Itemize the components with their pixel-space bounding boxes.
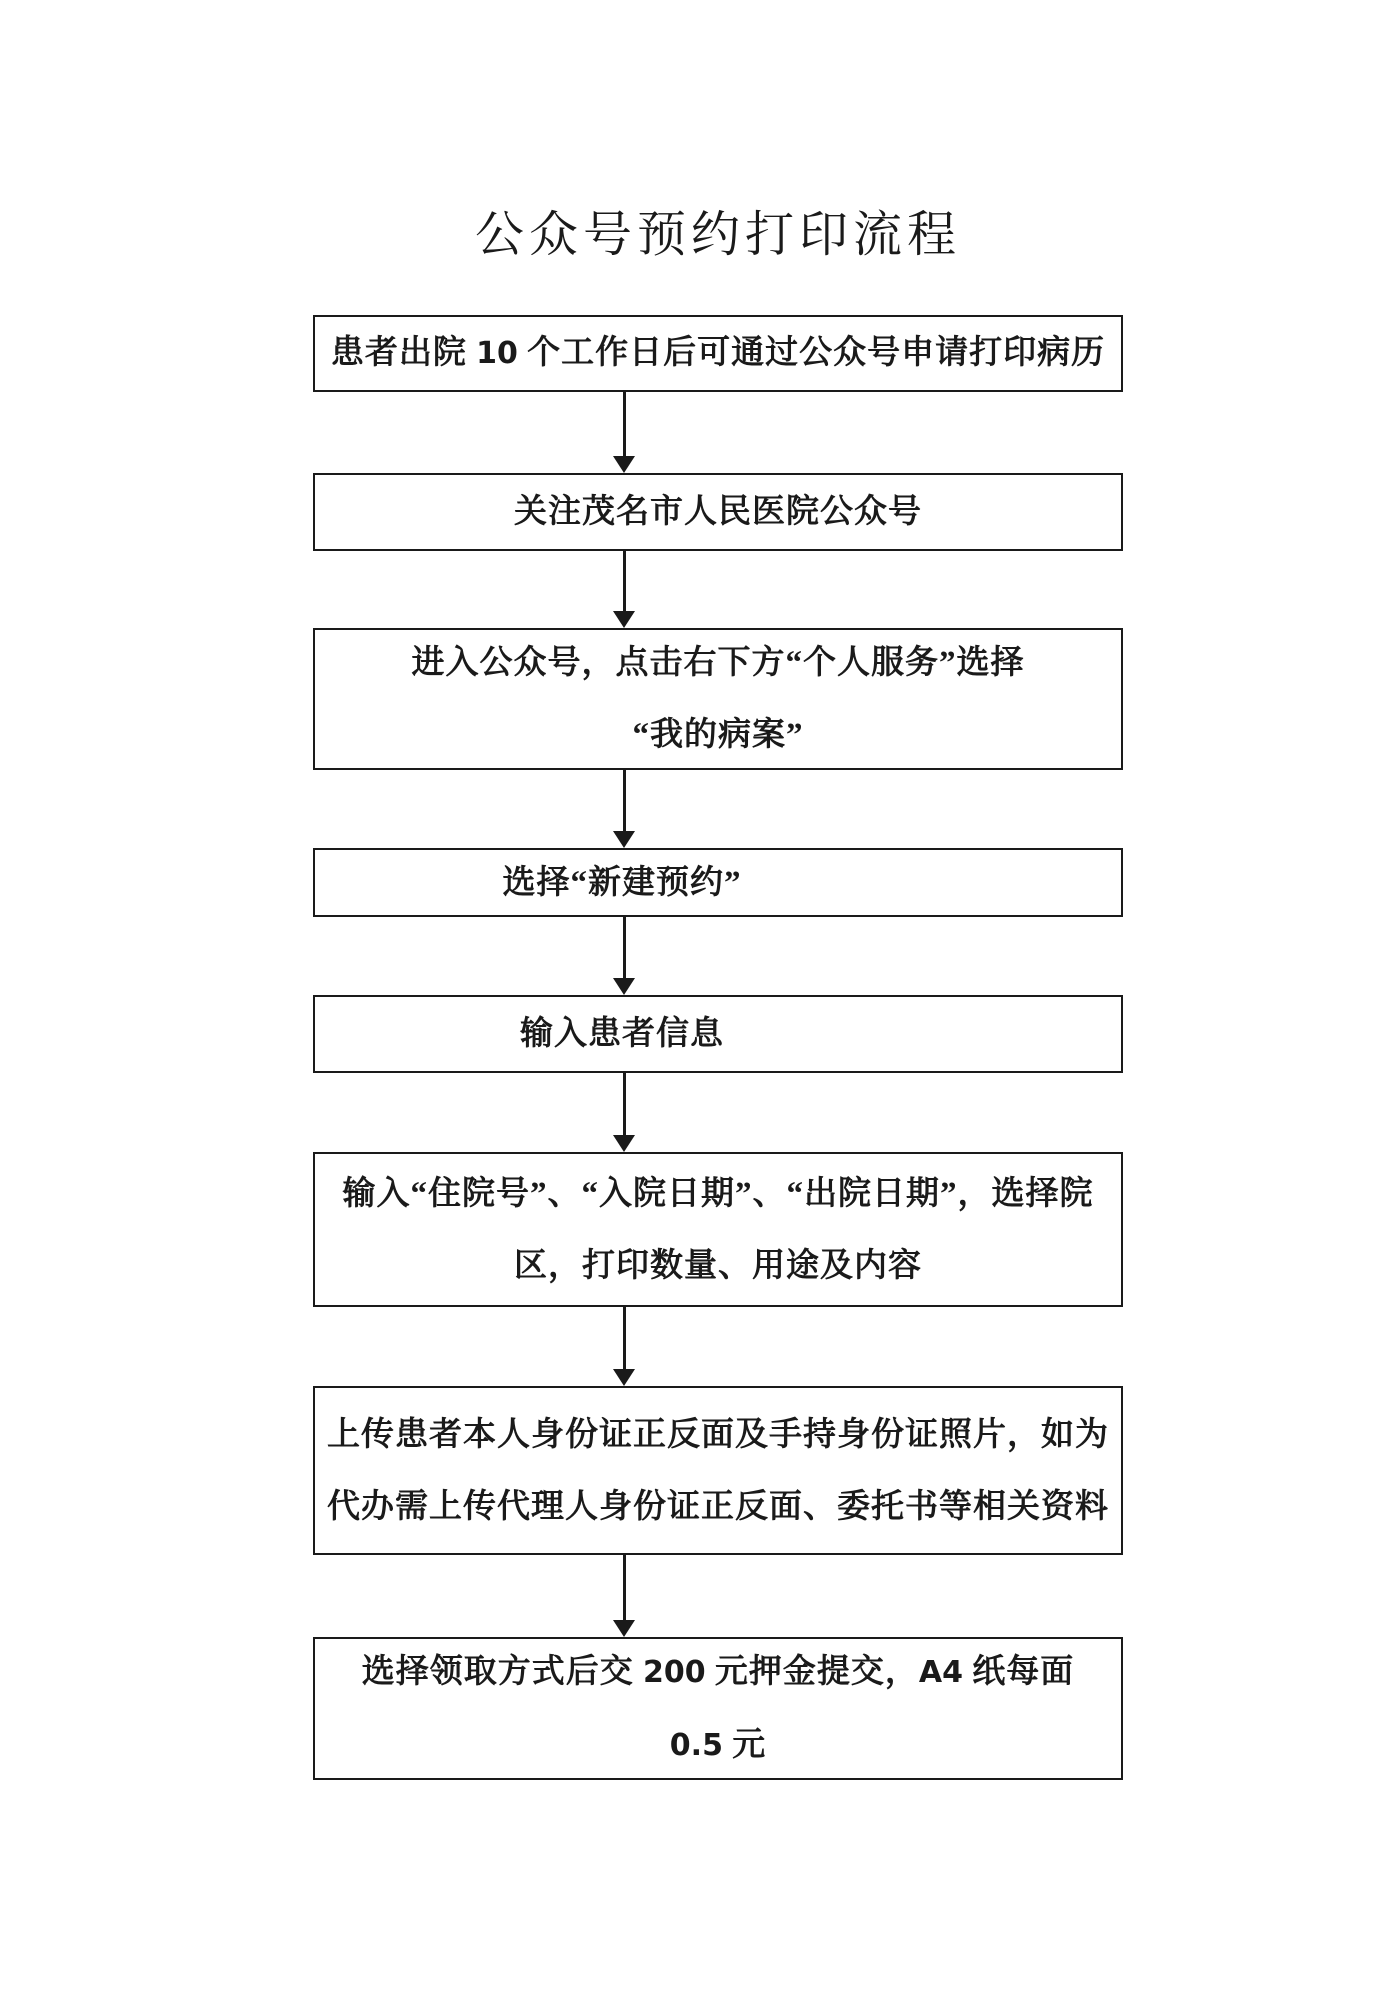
flow-step-6: 输入“住院号”、“入院日期”、“出院日期”，选择院 区，打印数量、用途及内容 <box>313 1152 1123 1307</box>
arrow-shaft <box>623 1073 626 1135</box>
arrow-head-icon <box>613 831 635 848</box>
flow-step-2: 关注茂名市人民医院公众号 <box>313 473 1123 551</box>
flow-step-4: 选择“新建预约” <box>313 848 1123 917</box>
flow-step-7: 上传患者本人身份证正反面及手持身份证照片，如为 代办需上传代理人身份证正反面、委… <box>313 1386 1123 1555</box>
step-7-text-line-2: 代办需上传代理人身份证正反面、委托书等相关资料 <box>327 1471 1109 1543</box>
arrow-head-icon <box>613 1369 635 1386</box>
arrow-head-icon <box>613 456 635 473</box>
step-2-text: 关注茂名市人民医院公众号 <box>514 476 922 548</box>
arrow-shaft <box>623 392 626 456</box>
arrow-shaft <box>623 1555 626 1620</box>
step-3-text-line-2: “我的病案” <box>633 699 804 771</box>
arrow-head-icon <box>613 1135 635 1152</box>
step-1-text: 患者出院 10 个工作日后可通过公众号申请打印病历 <box>331 317 1105 390</box>
arrow-head-icon <box>613 611 635 628</box>
step-6-text-line-2: 区，打印数量、用途及内容 <box>514 1230 922 1302</box>
step-8-text-line-1: 选择领取方式后交 200 元押金提交，A4 纸每面 <box>362 1636 1074 1709</box>
arrow-head-icon <box>613 1620 635 1637</box>
step-4-text: 选择“新建预约” <box>503 847 742 919</box>
step-8-text-line-2: 0.5 元 <box>670 1709 766 1782</box>
page-title: 公众号预约打印流程 <box>313 196 1123 266</box>
arrow-shaft <box>623 551 626 611</box>
step-7-text-line-1: 上传患者本人身份证正反面及手持身份证照片，如为 <box>327 1399 1109 1471</box>
step-6-text-line-1: 输入“住院号”、“入院日期”、“出院日期”，选择院 <box>343 1158 1094 1230</box>
arrow-shaft <box>623 770 626 831</box>
arrow-shaft <box>623 917 626 978</box>
flow-step-3: 进入公众号，点击右下方“个人服务”选择 “我的病案” <box>313 628 1123 770</box>
flow-step-8: 选择领取方式后交 200 元押金提交，A4 纸每面 0.5 元 <box>313 1637 1123 1780</box>
step-5-text: 输入患者信息 <box>520 998 724 1070</box>
arrow-head-icon <box>613 978 635 995</box>
flow-step-1: 患者出院 10 个工作日后可通过公众号申请打印病历 <box>313 315 1123 392</box>
step-3-text-line-1: 进入公众号，点击右下方“个人服务”选择 <box>412 627 1025 699</box>
arrow-shaft <box>623 1307 626 1369</box>
flow-step-5: 输入患者信息 <box>313 995 1123 1073</box>
flowchart-page: 公众号预约打印流程 患者出院 10 个工作日后可通过公众号申请打印病历 关注茂名… <box>0 0 1389 2000</box>
